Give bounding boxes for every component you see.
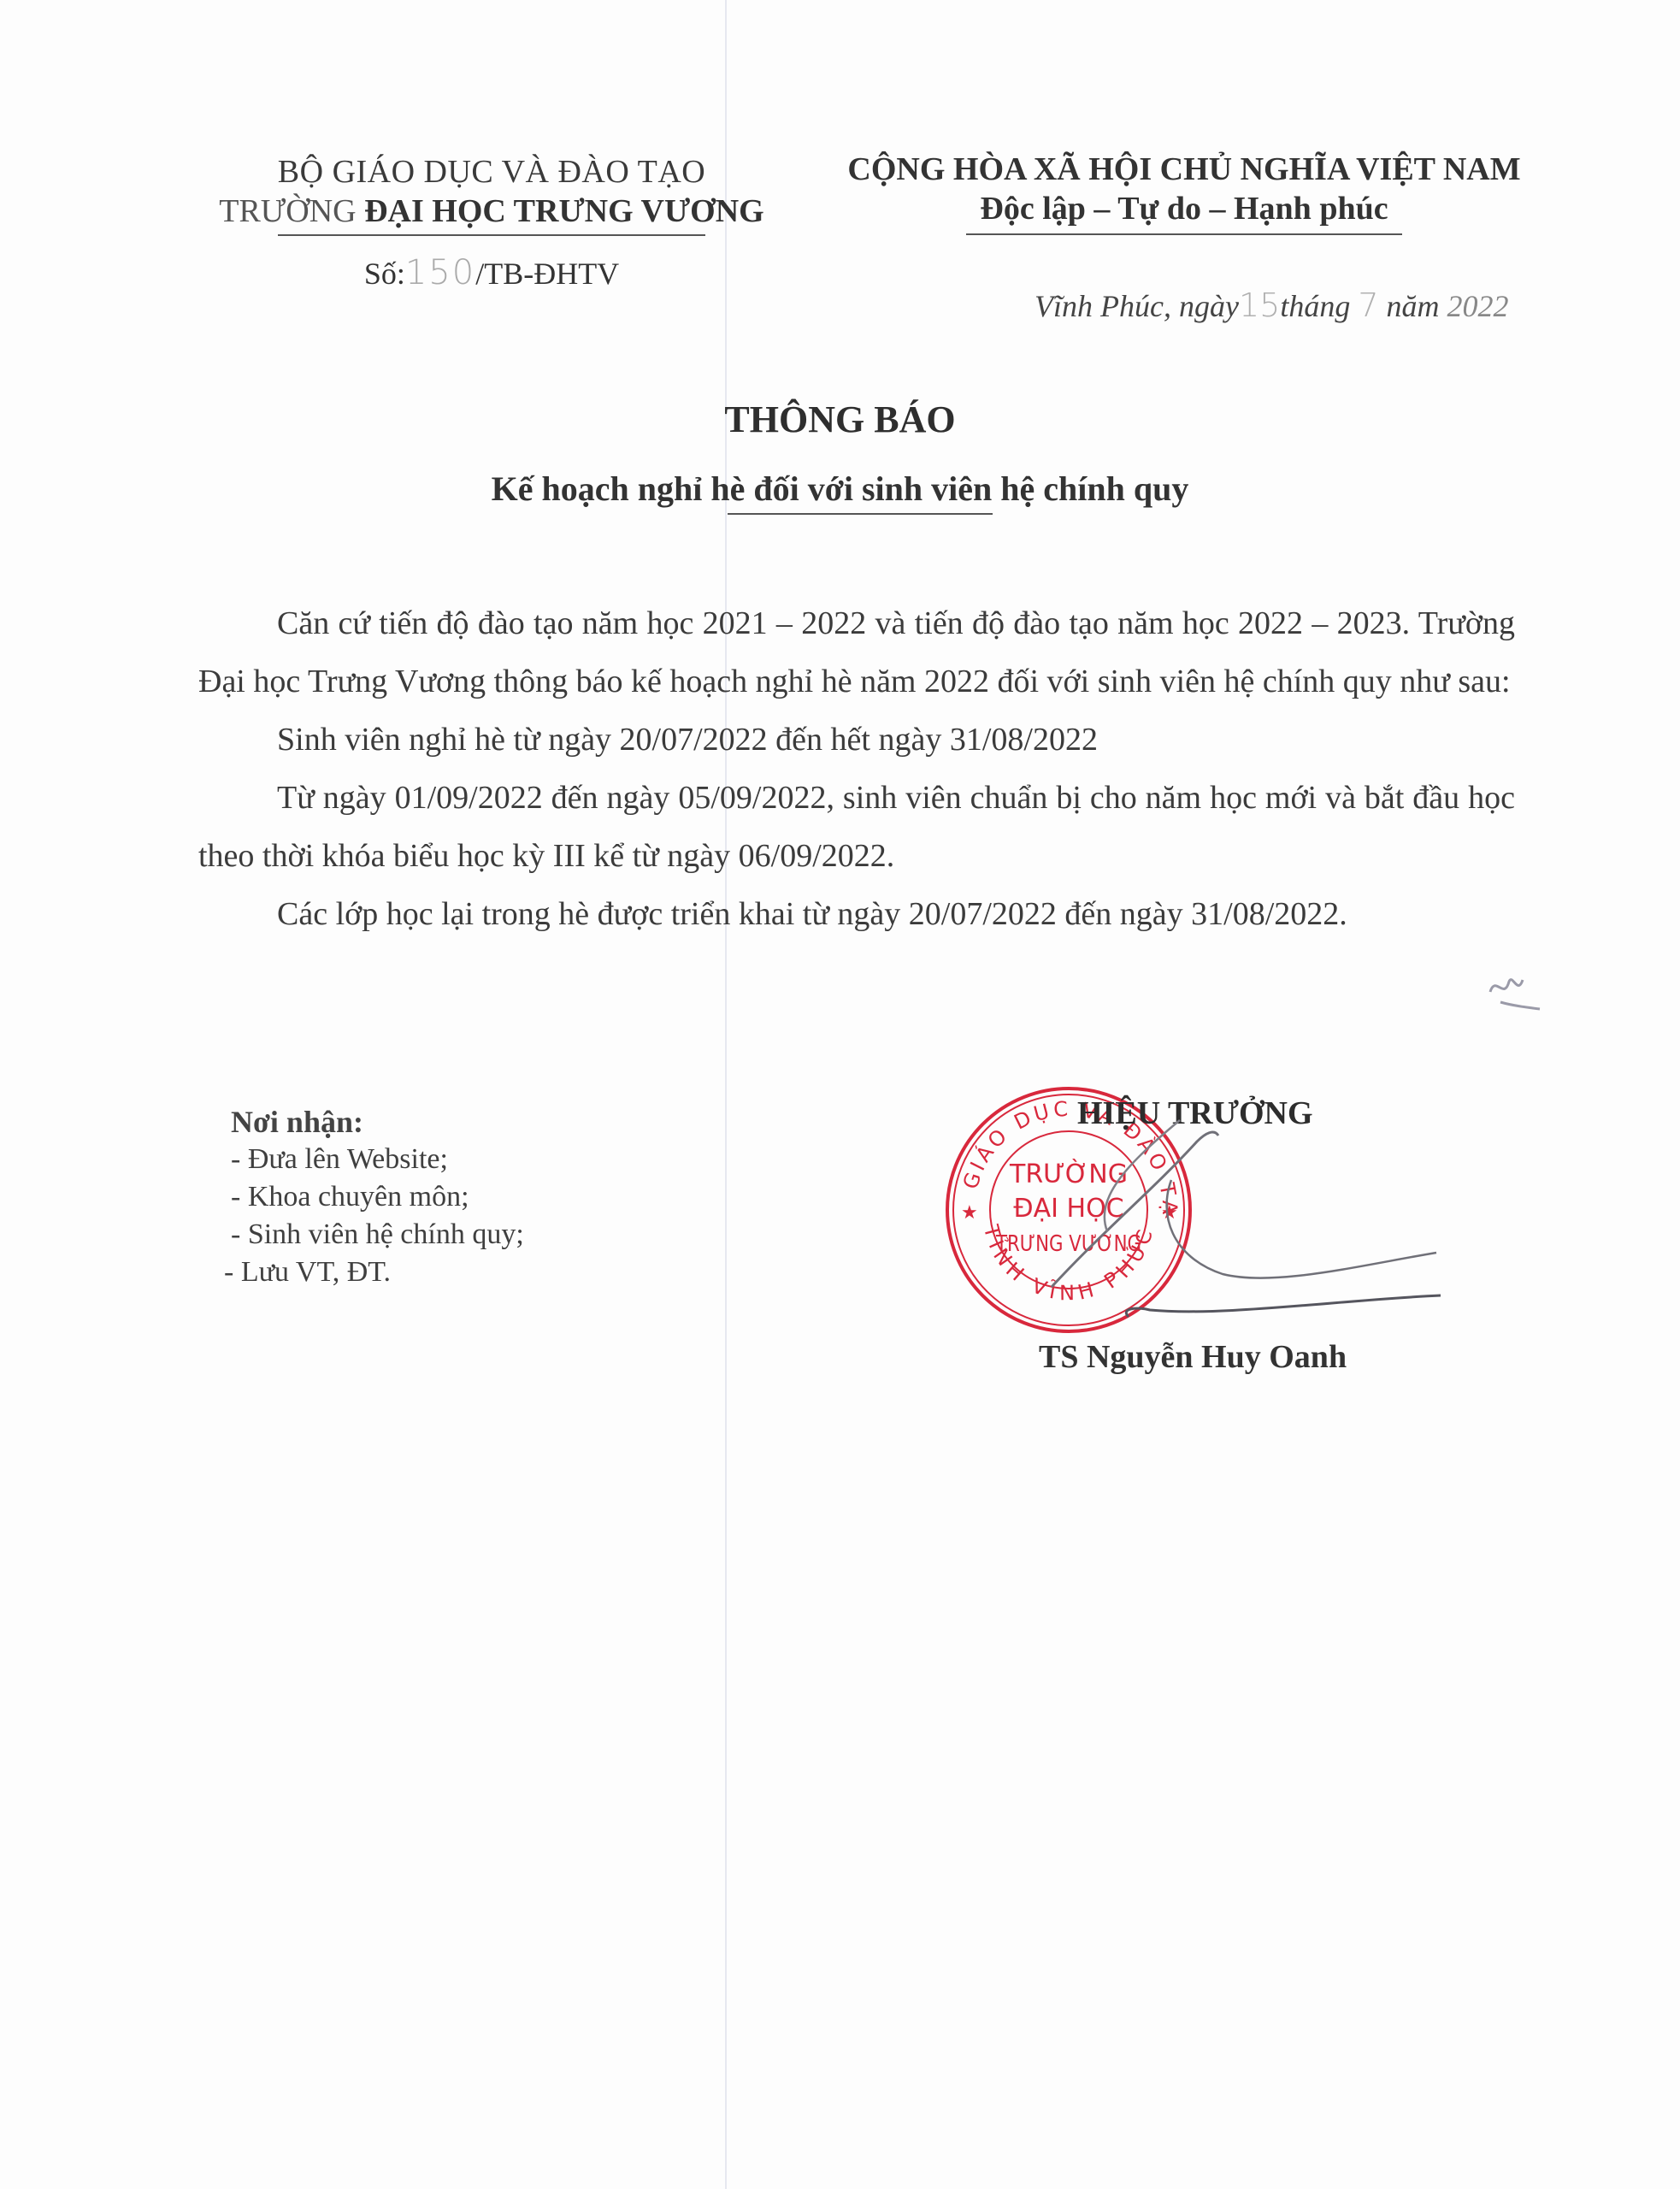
subtitle-underline — [728, 513, 993, 515]
scan-fold-line — [725, 0, 727, 2189]
recipient-item: - Sinh viên hệ chính quy; — [231, 1216, 524, 1254]
body-paragraph: Các lớp học lại trong hè được triển khai… — [198, 885, 1515, 943]
document-body: Căn cứ tiến độ đào tạo năm học 2021 – 20… — [198, 594, 1515, 943]
header-left-underline — [278, 234, 705, 236]
recipient-item: - Khoa chuyên môn; — [231, 1178, 524, 1216]
body-paragraph: Sinh viên nghỉ hè từ ngày 20/07/2022 đến… — [198, 711, 1515, 769]
header-right: CỘNG HÒA XÃ HỘI CHỦ NGHĨA VIỆT NAM Độc l… — [816, 150, 1552, 235]
recipients-heading: Nơi nhận: — [231, 1103, 524, 1141]
handwritten-month: 7 — [1358, 286, 1378, 324]
recipients-block: Nơi nhận: - Đưa lên Website; - Khoa chuy… — [231, 1103, 524, 1291]
date-line: Vĩnh Phúc, ngày15tháng 7 năm 2022 — [1035, 286, 1509, 324]
svg-text:★: ★ — [961, 1202, 978, 1224]
body-paragraph: Căn cứ tiến độ đào tạo năm học 2021 – 20… — [198, 594, 1515, 711]
document-subtitle: Kế hoạch nghỉ hè đối với sinh viên hệ ch… — [0, 469, 1680, 509]
national-motto: Độc lập – Tự do – Hạnh phúc — [816, 189, 1552, 228]
header-right-underline — [966, 233, 1402, 235]
handwritten-initial-mark — [1483, 966, 1543, 1018]
school-name: TRƯỜNG ĐẠI HỌC TRƯNG VƯƠNG — [192, 192, 791, 231]
handwritten-number: 150 — [405, 253, 475, 292]
national-title: CỘNG HÒA XÃ HỘI CHỦ NGHĨA VIỆT NAM — [816, 150, 1552, 189]
body-paragraph: Từ ngày 01/09/2022 đến ngày 05/09/2022, … — [198, 769, 1515, 885]
document-title: THÔNG BÁO — [0, 398, 1680, 441]
handwritten-day: 15 — [1239, 286, 1280, 324]
header-left: BỘ GIÁO DỤC VÀ ĐÀO TẠO TRƯỜNG ĐẠI HỌC TR… — [192, 152, 791, 292]
handwritten-signature — [1000, 1103, 1445, 1325]
ministry-name: BỘ GIÁO DỤC VÀ ĐÀO TẠO — [192, 152, 791, 192]
signer-name: TS Nguyễn Huy Oanh — [1039, 1338, 1347, 1376]
recipient-item: - Đưa lên Website; — [231, 1141, 524, 1178]
document-number: Số:150/TB-ĐHTV — [192, 253, 791, 292]
recipient-item: - Lưu VT, ĐT. — [224, 1254, 524, 1291]
